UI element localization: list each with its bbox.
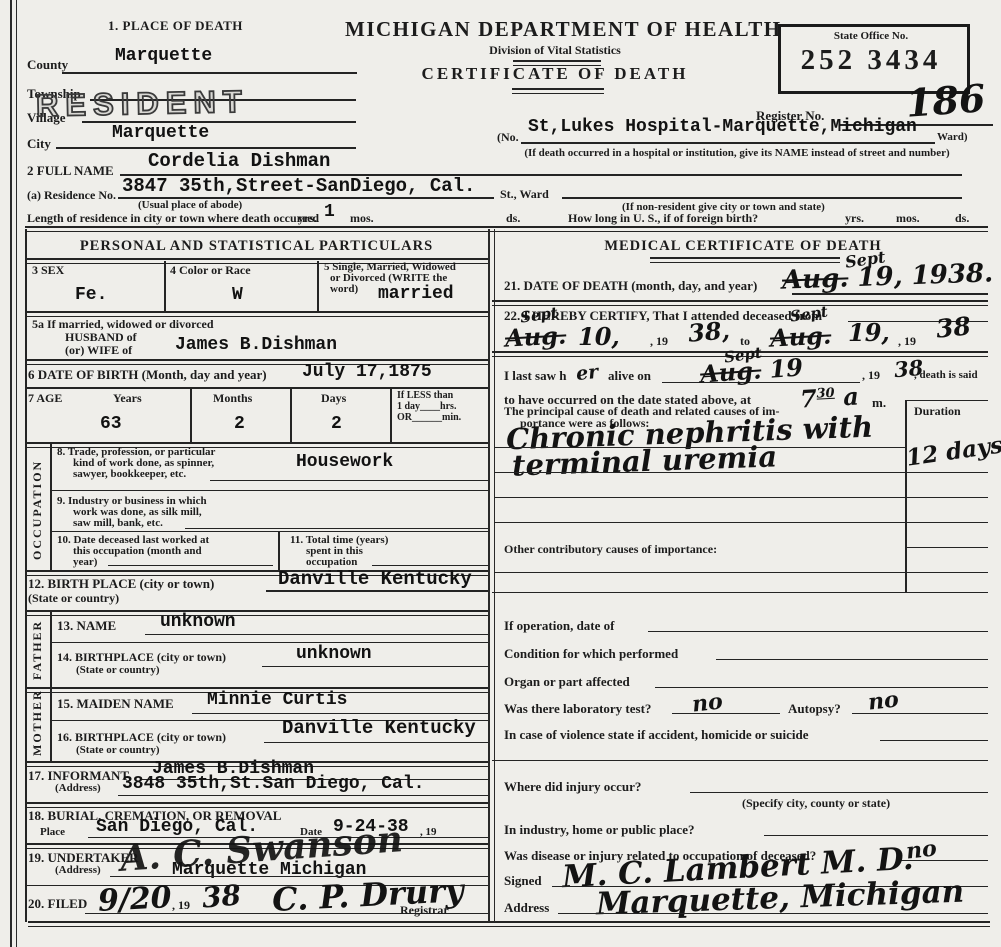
hospital-no-label: (No. [497, 130, 519, 145]
age-months-label: Months [213, 391, 252, 406]
injury-where-label: Where did injury occur? [504, 779, 641, 795]
autopsy-line [852, 713, 988, 714]
dob-row-rule [25, 387, 488, 389]
from-month-struck: Aug. [504, 320, 567, 352]
yrs-label-1: yrs. [298, 211, 317, 226]
burial-place-label: Place [40, 826, 65, 838]
county-value: Marquette [115, 46, 212, 66]
division-subtitle: Division of Vital Statistics [345, 43, 765, 58]
birthplace-value: Danville Kentucky [278, 568, 472, 590]
physician-address-line [558, 913, 988, 914]
injury-where-line [690, 792, 988, 793]
father-name-label: 13. NAME [57, 618, 116, 634]
lab-test-line [672, 713, 780, 714]
specify-note: (Specify city, county or state) [742, 796, 890, 811]
hospital-note: (If death occurred in a hospital or inst… [498, 147, 976, 159]
to-month-struck: Aug. [769, 320, 832, 352]
sex-color-divider [164, 261, 166, 311]
time-m-label: m. [872, 395, 886, 411]
duration-label: Duration [914, 404, 961, 419]
abode-note: (Usual place of abode) [138, 199, 242, 211]
duration-rule-5 [905, 572, 988, 573]
ward-label: Ward) [937, 131, 968, 143]
mother-birthplace-line [264, 742, 488, 743]
signed-label: Signed [504, 873, 542, 889]
duration-column-divider [905, 400, 907, 592]
certificate-title: CERTIFICATE OF DEATH [345, 64, 765, 84]
father-state-note: (State or country) [76, 664, 160, 676]
age-years-label: Years [113, 391, 142, 406]
autopsy-label: Autopsy? [788, 701, 841, 717]
father-birthplace-line [262, 666, 488, 667]
to-day-handwritten: 19, [848, 318, 890, 347]
mother-name-label: 15. MAIDEN NAME [57, 696, 174, 712]
color-race-label: 4 Color or Race [170, 263, 251, 278]
father-vertical-label: FATHER [30, 622, 45, 680]
duration-rule-4 [905, 547, 988, 548]
mos-label-1: mos. [350, 211, 374, 226]
occupation-vertical-label: OCCUPATION [30, 455, 45, 560]
last-saw-label-2: alive on [608, 368, 651, 384]
trade-line [210, 480, 488, 481]
birthplace-row-rule [25, 610, 488, 616]
to-year-handwritten: 38 [935, 311, 973, 343]
column-divider [488, 229, 495, 922]
color-marital-divider [317, 261, 319, 311]
last-worked-label-3: year) [73, 556, 97, 568]
last-saw-er-handwritten: er [575, 361, 599, 385]
lastsaw-month-struck: Aug. [699, 355, 762, 388]
st-ward-line [562, 197, 962, 199]
other-contributory-label: Other contributory causes of importance: [504, 542, 717, 557]
death-certificate-scan: 1. PLACE OF DEATH County Marquette Towns… [0, 0, 1001, 947]
birthplace-state-note: (State or country) [28, 591, 119, 606]
place-of-death-label: 1. PLACE OF DEATH [108, 18, 243, 34]
county-label: County [27, 57, 68, 73]
mother-vertical-label: MOTHER [30, 698, 45, 756]
spouse-value: James B.Dishman [175, 335, 337, 355]
less-than-label-1: If LESS than [397, 390, 453, 401]
violence-section-rule [492, 760, 988, 761]
last-saw-label-1: I last saw h [504, 368, 567, 384]
violence-line [880, 740, 988, 741]
mother-strip-divider [50, 689, 52, 762]
sex-value: Fe. [75, 285, 107, 305]
less-than-label-3: OR______min. [397, 412, 461, 423]
full-name-label: 2 FULL NAME [27, 163, 114, 179]
time-handwritten: 730 a [799, 381, 859, 413]
age-col-divider-2 [290, 389, 292, 442]
industry-home-line [764, 835, 988, 836]
st-ward-label: St., Ward [500, 187, 549, 202]
father-name-line [145, 634, 488, 635]
mother-name-value: Minnie Curtis [207, 690, 347, 710]
blank-cause-rule-1 [494, 497, 905, 498]
time-minutes: 30 [816, 386, 835, 402]
last-saw-label-3: , death is said [914, 369, 978, 381]
informant-address-value: 3848 35th,St.San Diego, Cal. [122, 774, 424, 794]
dob-label: 6 DATE OF BIRTH (Month, day and year) [28, 367, 267, 383]
time-ampm: a [842, 381, 859, 411]
ds-label-2: ds. [955, 211, 969, 226]
age-days-label: Days [321, 391, 346, 406]
mother-state-note: (State or country) [76, 744, 160, 756]
less-than-label-2: 1 day____hrs. [397, 401, 456, 412]
certificate-underline [512, 88, 604, 94]
condition-label: Condition for which performed [504, 646, 678, 662]
row10-11-divider [278, 531, 280, 570]
howlong-label: How long in U. S., if of foreign birth? [568, 211, 758, 226]
informant-address-line [118, 795, 488, 796]
county-line [62, 72, 357, 74]
time-hour: 7 [799, 384, 817, 414]
from-year-handwritten: 38, [687, 315, 731, 348]
header-bottom-rule [25, 226, 988, 232]
hospital-value: St,Lukes Hospital-Marquette,Michigan [528, 117, 917, 137]
duration-rule-2 [905, 497, 988, 498]
father-birthplace-label: 14. BIRTHPLACE (city or town) [57, 650, 226, 665]
certify-19a-label: , 19 [650, 334, 668, 349]
registrar-label: Registrar [400, 903, 449, 918]
condition-line [716, 659, 988, 660]
operation-label: If operation, date of [504, 618, 615, 634]
color-race-value: W [232, 285, 243, 305]
age-col-divider-1 [190, 389, 192, 442]
mother-birthplace-label: 16. BIRTHPLACE (city or town) [57, 730, 226, 745]
sex-label: 3 SEX [32, 263, 64, 278]
industry-label-3: saw mill, bank, etc. [73, 517, 163, 529]
length-years-value: 1 [324, 202, 335, 222]
medical-section-title: MEDICAL CERTIFICATE OF DEATH [498, 238, 988, 255]
autopsy-answer: no [867, 686, 900, 715]
dod-value-handwritten: Aug. 19, 1938. [782, 258, 994, 295]
medical-title-underline [650, 257, 840, 263]
industry-home-label: In industry, home or public place? [504, 822, 694, 838]
birthplace-label: 12. BIRTH PLACE (city or town) [28, 576, 214, 592]
filed-year-handwritten: 38 [201, 878, 243, 914]
blank-cause-rule-2 [494, 522, 905, 523]
certify-19b-label: , 19 [898, 334, 916, 349]
city-value: Marquette [112, 123, 209, 143]
page-bottom-rule [28, 921, 990, 927]
duration-rule-3 [905, 522, 988, 523]
organ-label: Organ or part affected [504, 674, 630, 690]
dod-row-rule [492, 300, 988, 306]
resident-stamp: RESIDENT [36, 84, 249, 124]
personal-section-title: PERSONAL AND STATISTICAL PARTICULARS [25, 238, 488, 255]
occupation-row8-rule [50, 490, 488, 491]
industry-line [185, 528, 488, 529]
marital-value: married [378, 284, 454, 304]
occupation-row9-rule [50, 531, 488, 532]
total-time-line [372, 565, 488, 566]
mother-name-line [192, 713, 488, 714]
page-left-border [10, 0, 17, 947]
violence-label: In case of violence state if accident, h… [504, 727, 809, 743]
wife-of-label: (or) WIFE of [65, 343, 132, 358]
dob-value: July 17,1875 [302, 362, 432, 382]
mos-label-2: mos. [896, 211, 920, 226]
cause-line-2-rule [494, 472, 905, 473]
father-name-value: unknown [160, 612, 236, 632]
trade-label-3: sawyer, bookkeeper, etc. [73, 468, 186, 480]
yrs-label-2: yrs. [845, 211, 864, 226]
length-residence-label: Length of residence in city or town wher… [27, 211, 319, 226]
informant-address-label: (Address) [55, 782, 101, 794]
age-days-value: 2 [331, 414, 342, 434]
physician-address-label: Address [504, 900, 549, 916]
last-worked-line [108, 565, 273, 566]
dod-rest: 19, 1938. [857, 258, 994, 293]
city-label: City [27, 136, 51, 152]
last-saw-19-label: , 19 [862, 368, 880, 383]
cause-section-bottom-rule [492, 592, 988, 593]
trade-value: Housework [296, 452, 393, 472]
full-name-value: Cordelia Dishman [148, 150, 330, 172]
father-strip-divider [50, 612, 52, 688]
undertaker-address-label: (Address) [55, 864, 101, 876]
hospital-line [521, 142, 935, 144]
age-label: 7 AGE [28, 391, 62, 406]
filed-label: 20. FILED [28, 896, 87, 912]
date-of-death-label: 21. DATE OF DEATH (month, day, and year) [504, 278, 757, 294]
dod-month-struck: Aug. [782, 263, 849, 295]
residence-label: (a) Residence No. [27, 188, 116, 203]
from-day-handwritten: 10, [578, 322, 620, 351]
father-row-rule [50, 642, 488, 643]
occupation-strip-divider [50, 444, 52, 570]
state-office-label: State Office No. [778, 30, 964, 42]
lab-test-label: Was there laboratory test? [504, 701, 651, 717]
age-months-value: 2 [234, 414, 245, 434]
mother-birthplace-value: Danville Kentucky [282, 717, 476, 739]
filed-19-label: , 19 [172, 898, 190, 913]
marital-label-3: word) [330, 283, 358, 295]
organ-line [655, 687, 988, 688]
operation-line [648, 631, 988, 632]
city-line [56, 147, 356, 149]
other-contributory-rule [494, 572, 905, 573]
father-birthplace-value: unknown [296, 644, 372, 664]
duration-top-rule [905, 400, 988, 401]
lastsaw-day-visible: 19 [769, 352, 804, 383]
state-office-number: 252 3434 [778, 44, 964, 77]
department-title: MICHIGAN DEPARTMENT OF HEALTH [345, 17, 765, 42]
dod-line [792, 293, 988, 295]
total-time-label-3: occupation [306, 556, 357, 568]
last-saw-date-handwritten: Aug. Aug 19 19 [699, 352, 804, 388]
birthplace-line [266, 590, 488, 592]
ds-label-1: ds. [506, 211, 520, 226]
residence-value: 3847 35th,Street-SanDiego, Cal. [122, 175, 475, 197]
duration-rule-1 [905, 472, 988, 473]
age-col-divider-3 [390, 389, 392, 442]
duration-value-handwritten: 12 days [905, 431, 1001, 471]
age-years-value: 63 [100, 414, 122, 434]
